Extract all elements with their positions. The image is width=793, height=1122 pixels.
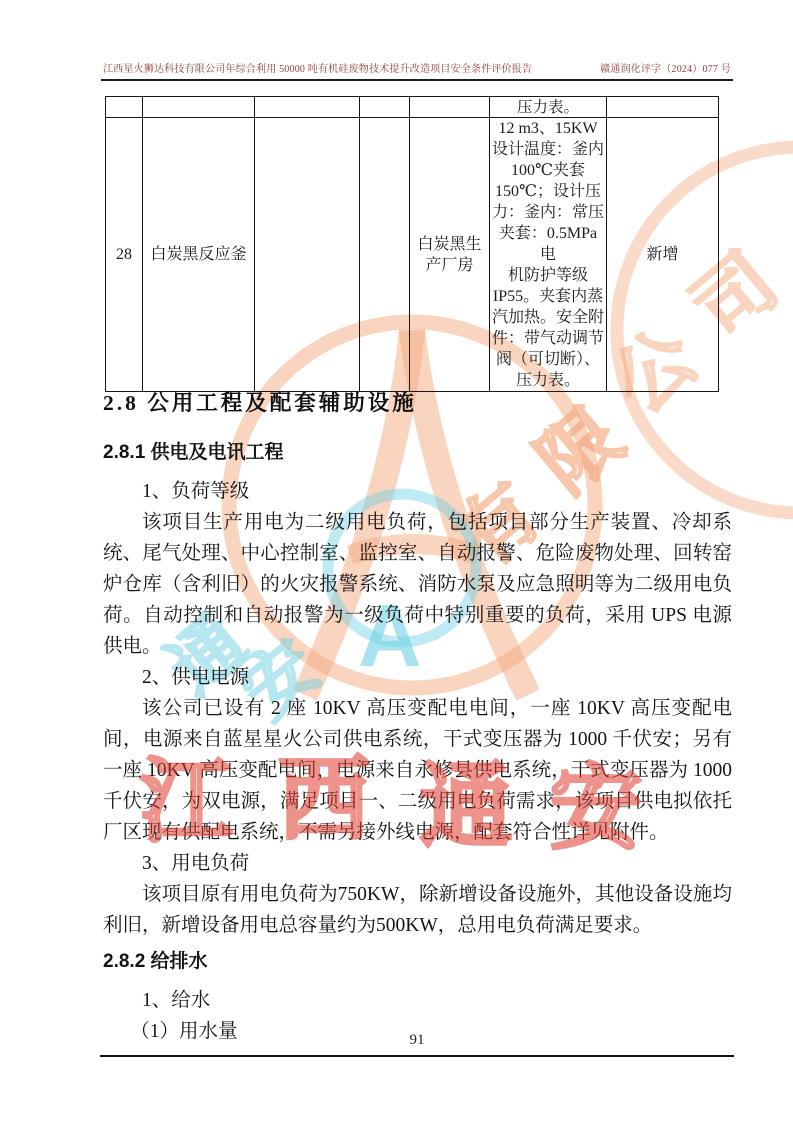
section-heading-2-8: 2.8 公用工程及配套辅助设施 xyxy=(103,388,732,418)
table-cell-equipment-name: 白炭黑反应釜 xyxy=(143,118,255,392)
document-page: 有 限 公 司 A 通 安 江西星火狮达科技有限公司年综合利用 50000 吨有… xyxy=(0,0,793,1122)
table-row-equipment-28: 28 白炭黑反应釜 白炭黑生 产厂房 12 m3、15KW 设计温度：釜内 10… xyxy=(106,118,719,392)
table-cell xyxy=(360,118,410,392)
footer-rule xyxy=(100,1055,734,1057)
table-cell xyxy=(106,97,143,118)
equipment-table: 压力表。 28 白炭黑反应釜 白炭黑生 产厂房 12 m3、15KW 设计温度：… xyxy=(105,96,719,392)
table-cell xyxy=(255,118,360,392)
list-item-load-grade: 1、负荷等级 xyxy=(103,476,732,507)
table-cell-location: 白炭黑生 产厂房 xyxy=(410,118,490,392)
list-item-power-load: 3、用电负荷 xyxy=(103,848,732,879)
table-cell-status: 新增 xyxy=(607,118,719,392)
table-row-continuation: 压力表。 xyxy=(106,97,719,118)
table-cell xyxy=(360,97,410,118)
list-item-water-supply: 1、给水 xyxy=(103,985,732,1016)
table-cell xyxy=(255,97,360,118)
section-heading-2-8-2: 2.8.2 给排水 xyxy=(103,949,732,975)
paragraph-power-load: 该项目原有用电负荷为750KW，除新增设备设施外，其他设备设施均利旧，新增设备用… xyxy=(103,879,732,941)
paragraph-load-grade: 该项目生产用电为二级用电负荷，包括项目部分生产装置、冷却系统、尾气处理、中心控制… xyxy=(103,507,732,662)
table-cell xyxy=(143,97,255,118)
document-body: 2.8 公用工程及配套辅助设施 2.8.1 供电及电讯工程 1、负荷等级 该项目… xyxy=(103,388,732,1047)
table-cell xyxy=(410,97,490,118)
section-heading-2-8-1: 2.8.1 供电及电讯工程 xyxy=(103,440,732,466)
table-cell-spec: 12 m3、15KW 设计温度：釜内 100℃夹套 150℃；设计压 力：釜内：… xyxy=(490,118,607,392)
header-rule xyxy=(101,79,733,81)
header-doc-number: 赣通润化评字（2024）077 号 xyxy=(600,60,731,75)
page-number: 91 xyxy=(103,1032,731,1049)
table-cell xyxy=(607,97,719,118)
list-item-power-source: 2、供电电源 xyxy=(103,662,732,693)
table-cell-rownum: 28 xyxy=(106,118,143,392)
table-cell-spec-cont: 压力表。 xyxy=(490,97,607,118)
page-header: 江西星火狮达科技有限公司年综合利用 50000 吨有机硅废物技术提升改造项目安全… xyxy=(103,60,731,75)
header-report-title: 江西星火狮达科技有限公司年综合利用 50000 吨有机硅废物技术提升改造项目安全… xyxy=(103,60,532,75)
paragraph-power-source: 该公司已设有 2 座 10KV 高压变配电电间，一座 10KV 高压变配电间，电… xyxy=(103,693,732,848)
